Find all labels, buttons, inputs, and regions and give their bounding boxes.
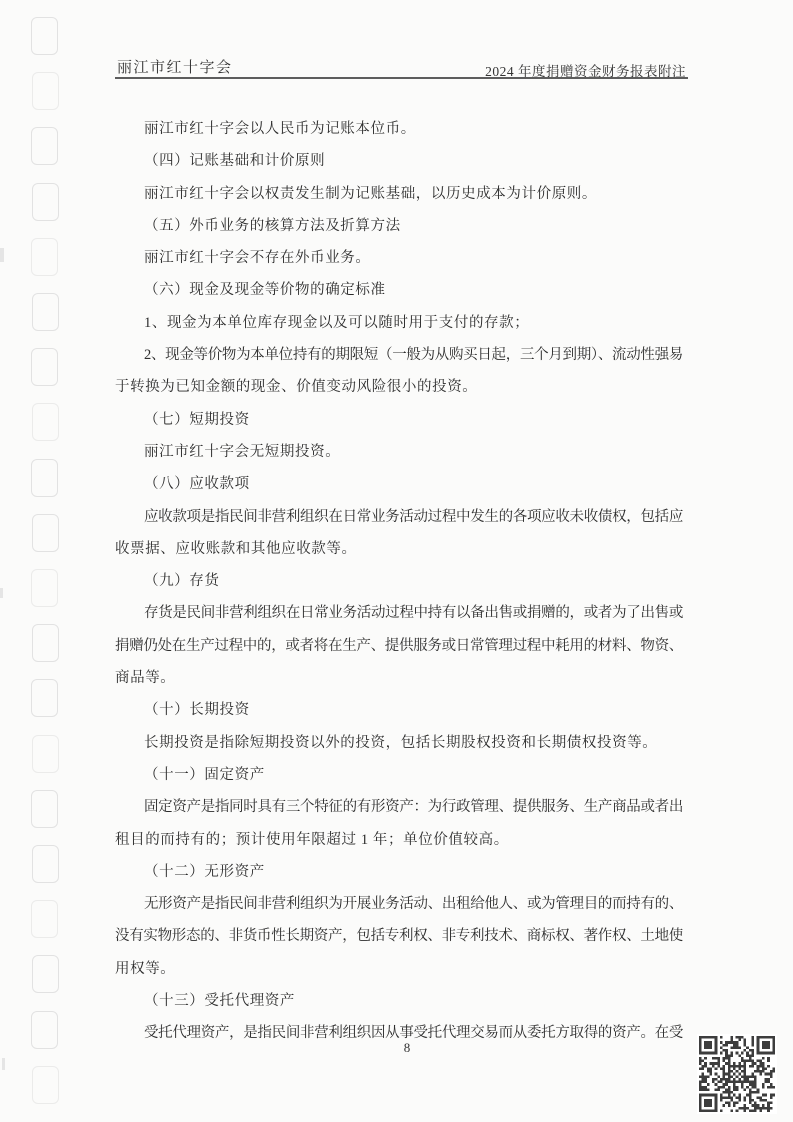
body-line: 收票据、应收账款和其他应收款等。	[115, 533, 683, 565]
scan-smudge	[0, 248, 4, 262]
body-line: （五）外币业务的核算方法及折算方法	[115, 210, 683, 242]
body-line: 捐赠仍处在生产过程中的，或者将在生产、提供服务或日常管理过程中耗用的材料、物资、	[115, 630, 683, 662]
header-rule	[115, 77, 688, 79]
body-line: 存货是民间非营利组织在日常业务活动过程中持有以备出售或捐赠的，或者为了出售或	[115, 597, 683, 629]
body-line: 丽江市红十字会不存在外币业务。	[115, 242, 683, 274]
scan-smudge	[0, 588, 3, 598]
qr-code	[697, 1034, 777, 1114]
body-line: （七）短期投资	[115, 404, 683, 436]
body-line: 无形资产是指民间非营利组织为开展业务活动、出租给他人、或为管理目的而持有的、	[115, 888, 683, 920]
body-line: 丽江市红十字会以人民币为记账本位币。	[115, 113, 683, 145]
binding-hole-mark	[32, 955, 59, 993]
binding-hole-mark	[31, 679, 58, 717]
binding-hole-mark	[32, 514, 59, 552]
document-page: 丽江市红十字会 2024 年度捐赠资金财务报表附注 丽江市红十字会以人民币为记账…	[0, 0, 793, 1122]
body-line: （十三）受托代理资产	[115, 985, 683, 1017]
binding-hole-mark	[32, 183, 59, 221]
scan-smudge	[2, 1058, 5, 1070]
body-line: 商品等。	[115, 662, 683, 694]
body-line: 长期投资是指除短期投资以外的投资，包括长期股权投资和长期债权投资等。	[115, 727, 683, 759]
binding-hole-mark	[31, 459, 58, 497]
binding-hole-mark	[31, 569, 58, 607]
body-line: 用权等。	[115, 953, 683, 985]
body-line: 丽江市红十字会无短期投资。	[115, 436, 683, 468]
body-line: 固定资产是指同时具有三个特征的有形资产：为行政管理、提供服务、生产商品或者出	[115, 791, 683, 823]
body-line: （十二）无形资产	[115, 856, 683, 888]
body-line: （六）现金及现金等价物的确定标准	[115, 274, 683, 306]
binding-hole-mark	[32, 403, 59, 441]
binding-hole-mark	[31, 900, 58, 938]
binding-hole-mark	[32, 845, 59, 883]
body-line: （十一）固定资产	[115, 759, 683, 791]
body-line: 租目的而持有的；预计使用年限超过 1 年；单位价值较高。	[115, 824, 683, 856]
binding-hole-mark	[32, 735, 59, 773]
page-number: 8	[123, 1040, 691, 1056]
binding-hole-mark	[32, 624, 59, 662]
body-line: 1、现金为本单位库存现金以及可以随时用于支付的存款；	[115, 307, 683, 339]
body-line: （八）应收款项	[115, 468, 683, 500]
binding-hole-mark	[31, 1011, 58, 1049]
body-line: 2、现金等价物为本单位持有的期限短（一般为从购买日起，三个月到期）、流动性强易	[115, 339, 683, 371]
binding-hole-mark	[31, 238, 58, 276]
body-line: 应收款项是指民间非营利组织在日常业务活动过程中发生的各项应收未收债权，包括应	[115, 501, 683, 533]
binding-marks-column	[0, 0, 70, 1122]
body-line: （九）存货	[115, 565, 683, 597]
qr-code-pattern	[699, 1036, 775, 1112]
body-line: 丽江市红十字会以权责发生制为记账基础，以历史成本为计价原则。	[115, 178, 683, 210]
binding-hole-mark	[31, 127, 58, 165]
binding-hole-mark	[32, 1066, 59, 1104]
body-line: （十）长期投资	[115, 694, 683, 726]
body-line: 于转换为已知金额的现金、价值变动风险很小的投资。	[115, 371, 683, 403]
body-line: （四）记账基础和计价原则	[115, 145, 683, 177]
body-lines: 丽江市红十字会以人民币为记账本位币。（四）记账基础和计价原则丽江市红十字会以权责…	[115, 113, 683, 1050]
binding-hole-mark	[31, 790, 58, 828]
binding-hole-mark	[31, 348, 58, 386]
binding-hole-mark	[32, 72, 59, 110]
binding-hole-mark	[31, 17, 58, 55]
binding-hole-mark	[32, 293, 59, 331]
body-line: 没有实物形态的、非货币性长期资产，包括专利权、非专利技术、商标权、著作权、土地使	[115, 920, 683, 952]
header-organization-title: 丽江市红十字会	[117, 56, 233, 77]
